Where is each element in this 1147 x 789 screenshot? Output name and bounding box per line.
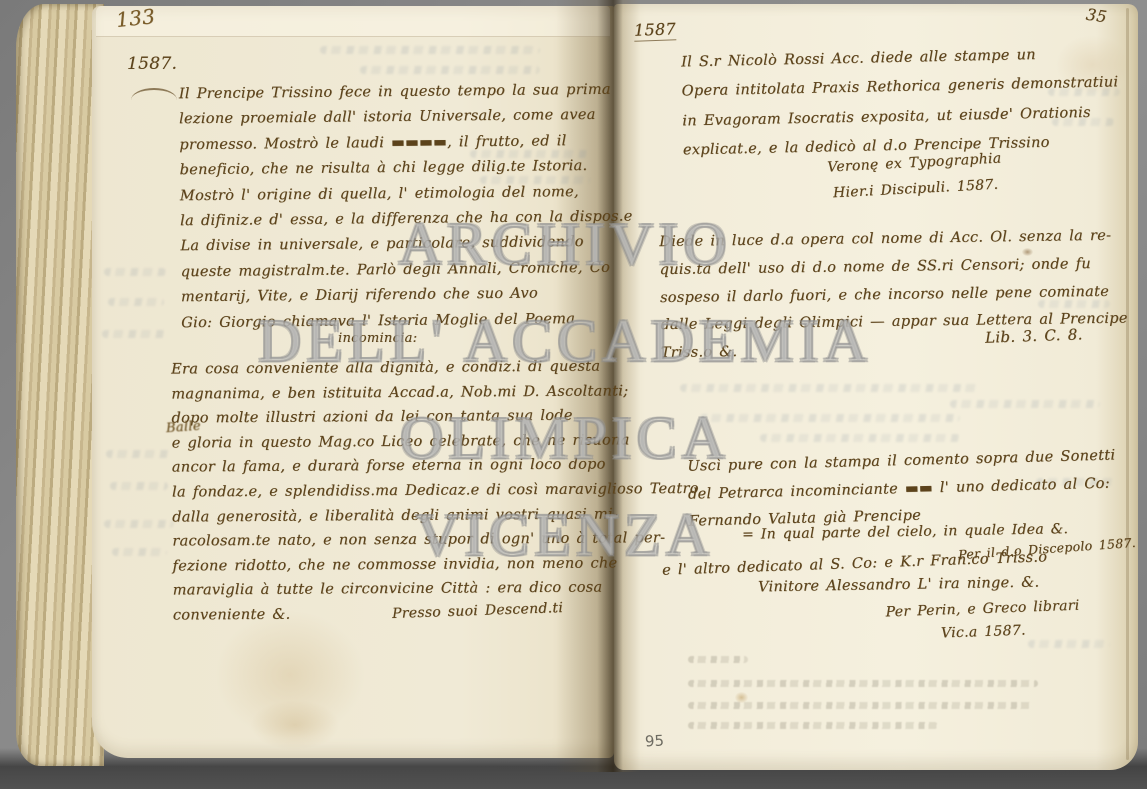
watermark-line: VICENZA — [150, 487, 980, 584]
left-year-heading: 1587. — [127, 54, 177, 74]
book-page-edges — [16, 4, 104, 766]
right-year-heading: 1587 — [634, 19, 677, 41]
pencil-note-illegible — [688, 702, 1033, 709]
right-entry1-paragraph: Il S.r Nicolò Rossi Acc. diede alle stam… — [681, 40, 1107, 166]
right-folio-number: 35 — [1085, 5, 1108, 27]
handwritten-line: beneficio, che ne risulta à chi legge di… — [179, 154, 605, 184]
manuscript-scan: 133 1587. Il Prencipe Trissino fece in q… — [0, 0, 1147, 789]
pencil-note-illegible — [688, 656, 748, 663]
paper-stain — [250, 700, 340, 750]
left-folio-number: 133 — [115, 4, 156, 32]
watermark-line: OLIMPICA — [150, 390, 980, 487]
right-page-edge — [1126, 8, 1129, 760]
right-citation: Lib. 3. C. 8. — [985, 325, 1083, 346]
archive-watermark: ARCHIVIO DELL' ACCADEMIA OLIMPICA VICENZ… — [150, 196, 980, 584]
watermark-line: DELL' ACCADEMIA — [150, 293, 980, 390]
right-colophon: Per Perin, e Greco librariVic.a 1587. — [877, 594, 1088, 647]
pencil-note-illegible — [688, 680, 1038, 687]
bleedthrough-mark — [360, 66, 540, 74]
watermark-line: ARCHIVIO — [150, 196, 980, 293]
pencil-page-number: 95 — [645, 732, 665, 751]
left-page-top-edge — [96, 6, 610, 37]
pencil-note-illegible — [688, 722, 938, 729]
bleedthrough-mark — [320, 46, 540, 54]
